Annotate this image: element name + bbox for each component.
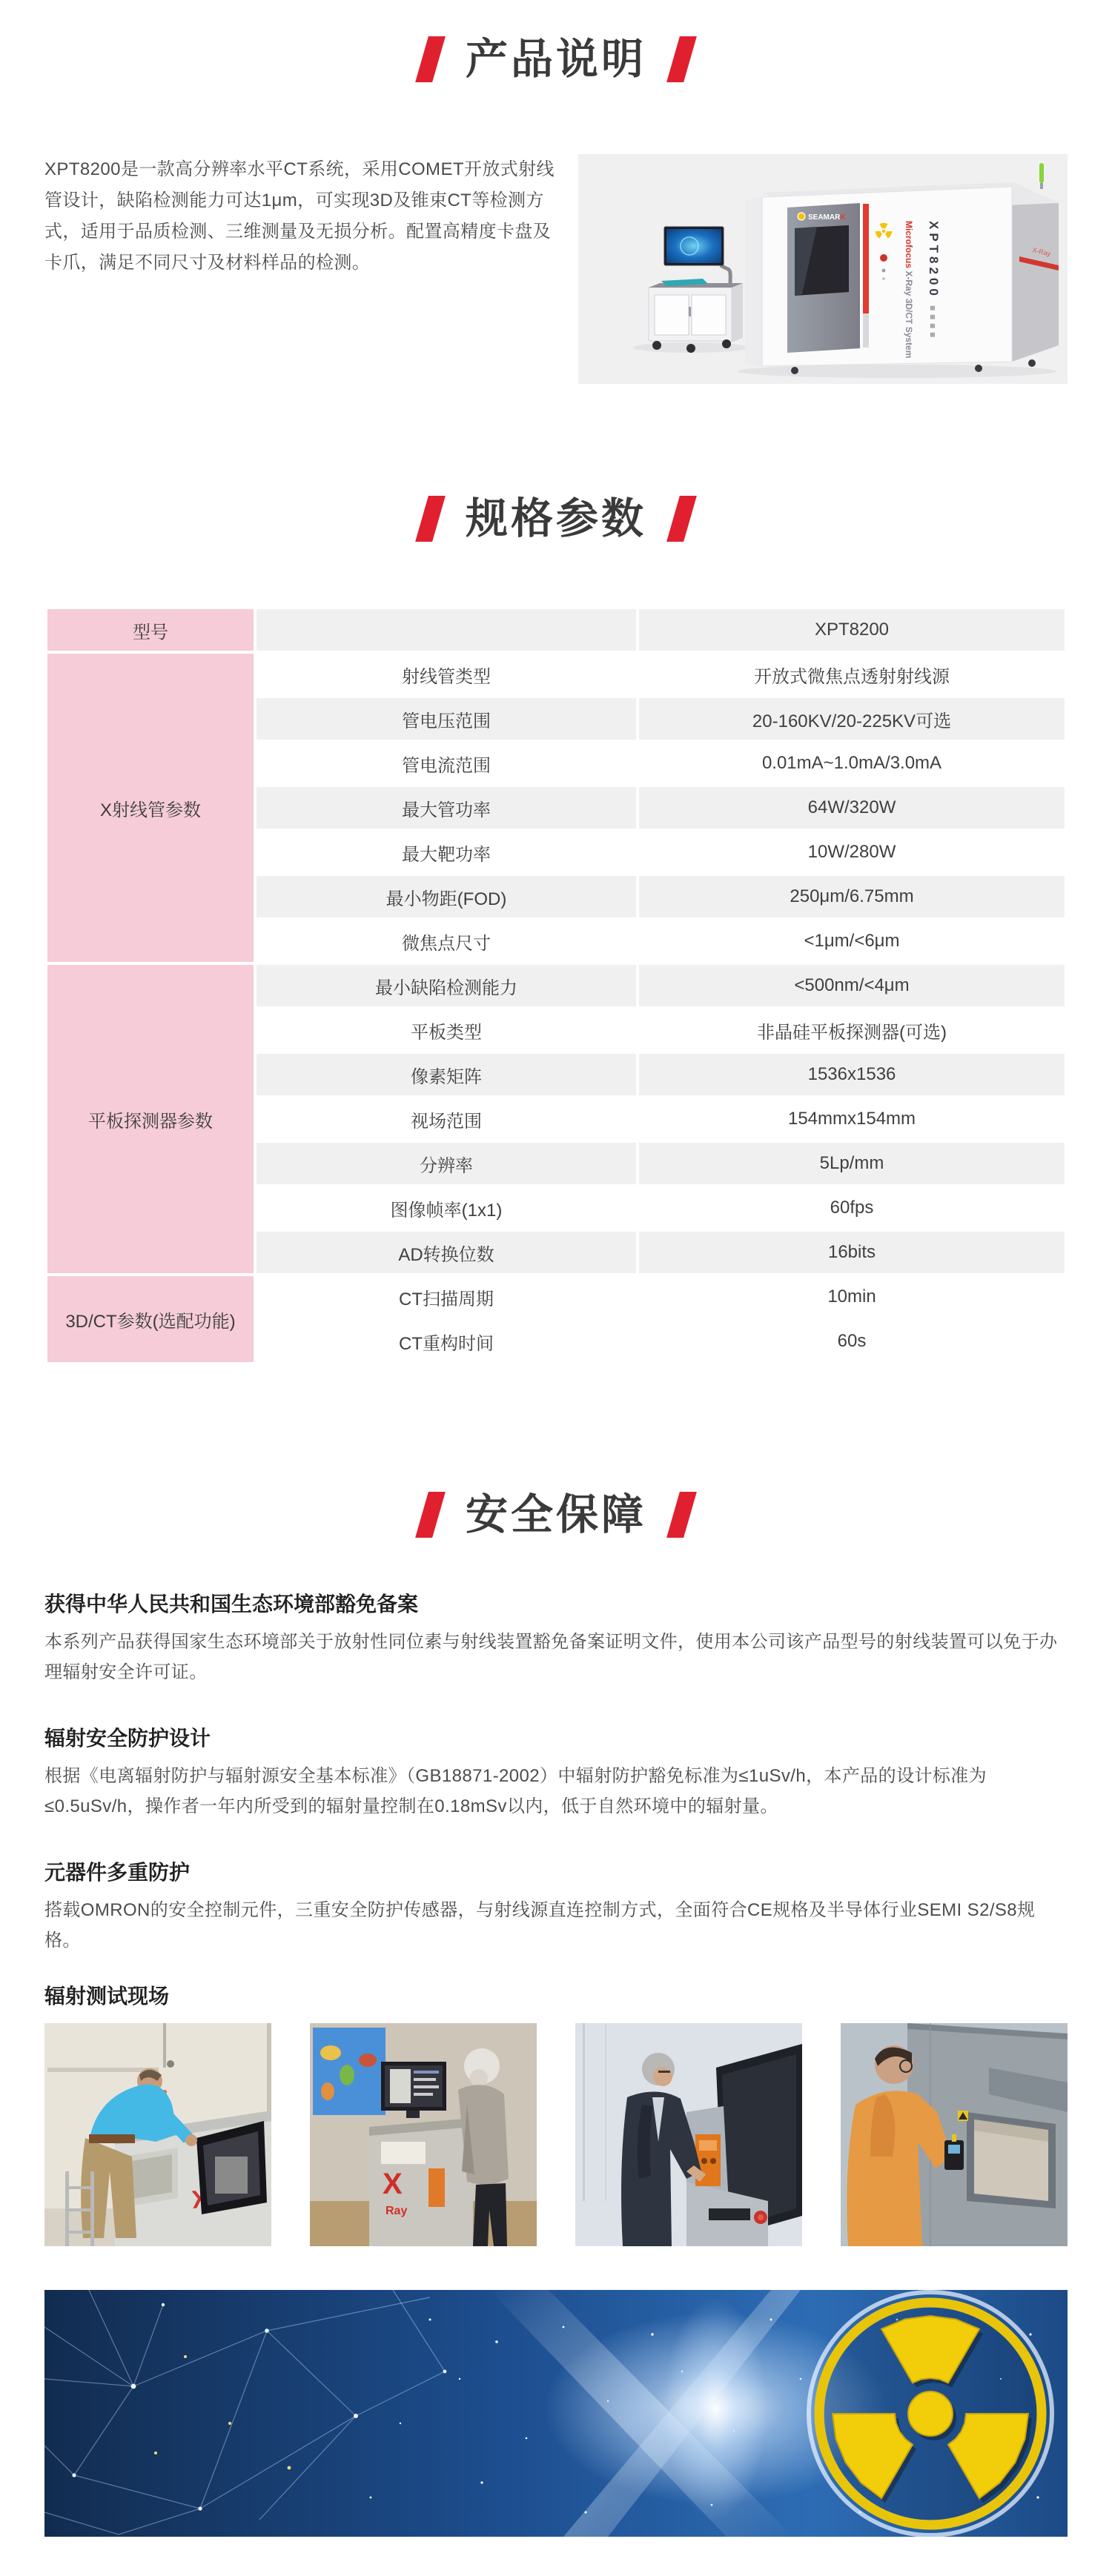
- radiation-test-photo-2: X Ray: [310, 2023, 537, 2246]
- spec-param: AD转换位数: [257, 1232, 636, 1273]
- table-row: 平板探测器参数 最小缺陷检测能力 <500nm/<4μm: [47, 965, 1065, 1006]
- spec-value: 250μm/6.75mm: [639, 876, 1065, 917]
- brand-text: SEAMARK: [808, 213, 846, 222]
- red-slash-icon: [666, 496, 697, 542]
- spec-param: 像素矩阵: [257, 1054, 636, 1095]
- signal-lamp: [1039, 163, 1044, 183]
- section-title-specifications: 规格参数: [0, 495, 1112, 542]
- spec-param: 管电流范围: [257, 743, 636, 784]
- red-stripe: [863, 204, 869, 313]
- section-title-safety: 安全保障: [0, 1491, 1112, 1538]
- spec-value: 64W/320W: [639, 787, 1065, 829]
- radiation-test-photo-4: [841, 2023, 1068, 2246]
- section-product-description: 产品说明 XPT8200是一款高分辨率水平CT系统，采用COMET开放式射线管设…: [0, 36, 1112, 384]
- red-slash-icon: [666, 1492, 697, 1538]
- spec-param: 最小物距(FOD): [257, 876, 636, 917]
- spec-param: 分辨率: [257, 1143, 636, 1184]
- spec-value: <500nm/<4μm: [639, 965, 1065, 1006]
- spec-param: 视场范围: [257, 1098, 636, 1140]
- safety-title: 安全保障: [466, 1494, 646, 1536]
- red-slash-icon: [415, 1492, 446, 1538]
- spec-param: 图像帧率(1x1): [257, 1187, 636, 1229]
- spec-param-empty: [257, 609, 636, 651]
- spec-value: 154mmx154mm: [639, 1098, 1065, 1140]
- safety-block-heading-protection-design: 辐射安全防护设计: [44, 1726, 1068, 1750]
- spec-value: 10W/280W: [639, 831, 1065, 873]
- brand-logo-icon: [798, 213, 805, 220]
- product-intro-text: XPT8200是一款高分辨率水平CT系统，采用COMET开放式射线管设计，缺陷检…: [44, 154, 568, 384]
- red-slash-icon: [415, 496, 446, 542]
- spec-category-ct: 3D/CT参数(选配功能): [47, 1276, 254, 1362]
- spec-value: 1536x1536: [639, 1054, 1065, 1095]
- spec-value: 0.01mA~1.0mA/3.0mA: [639, 743, 1065, 784]
- spec-category-model: 型号: [47, 609, 254, 651]
- spec-value: 60s: [639, 1321, 1065, 1362]
- spec-value: 非晶硅平板探测器(可选): [639, 1009, 1065, 1051]
- spec-value: 60fps: [639, 1187, 1065, 1229]
- red-slash-icon: [415, 36, 446, 82]
- spec-value: <1μm/<6μm: [639, 920, 1065, 962]
- radiation-banner-image: [44, 2290, 1068, 2537]
- spec-param: CT重构时间: [257, 1321, 636, 1362]
- red-slash-icon: [666, 36, 697, 82]
- radiation-test-heading: 辐射测试现场: [44, 1984, 1068, 2008]
- spec-model-value: XPT8200: [639, 609, 1065, 651]
- radiation-test-photo-1: X: [44, 2023, 271, 2246]
- spec-param: 射线管类型: [257, 654, 636, 695]
- section-title-product-description: 产品说明: [0, 36, 1112, 83]
- radiation-test-photo-3: [575, 2023, 802, 2246]
- specs-title: 规格参数: [466, 498, 646, 540]
- safety-block-heading-components: 元器件多重防护: [44, 1860, 1068, 1885]
- emergency-button: [880, 254, 887, 262]
- spec-value: 16bits: [639, 1232, 1065, 1273]
- spec-table: 型号 XPT8200 X射线管参数 射线管类型 开放式微焦点透射射线源 管电压范…: [44, 606, 1068, 1365]
- spec-category-xray-tube: X射线管参数: [47, 654, 254, 962]
- page-title: 产品说明: [466, 39, 646, 81]
- spec-value: 5Lp/mm: [639, 1143, 1065, 1184]
- product-render-image: SEAMARK Microfocus X-Ray 3D/: [578, 154, 1068, 384]
- spec-param: 平板类型: [257, 1009, 636, 1051]
- spec-param: 最大靶功率: [257, 831, 636, 873]
- safety-block-body-components: 搭载OMRON的安全控制元件，三重安全防护传感器，与射线源直连控制方式，全面符合…: [44, 1895, 1068, 1956]
- radiation-test-photo-row: X: [0, 2023, 1112, 2246]
- spec-category-detector: 平板探测器参数: [47, 965, 254, 1273]
- spec-value: 10min: [639, 1276, 1065, 1318]
- machine-side-panel: [1012, 182, 1059, 362]
- safety-block-body-protection-design: 根据《电离辐射防护与辐射源安全基本标准》（GB18871-2002）中辐射防护豁…: [44, 1761, 1068, 1822]
- spec-param: 最大管功率: [257, 787, 636, 829]
- spec-param: CT扫描周期: [257, 1276, 636, 1318]
- section-safety: 安全保障 获得中华人民共和国生态环境部豁免备案 本系列产品获得国家生态环境部关于…: [0, 1491, 1112, 2537]
- spec-value: 20-160KV/20-225KV可选: [639, 698, 1065, 740]
- machine-tagline: Microfocus X-Ray 3D/CT System: [904, 221, 914, 358]
- spec-param: 最小缺陷检测能力: [257, 965, 636, 1006]
- photo2-x-mark: X: [383, 2168, 403, 2200]
- radiation-trefoil-icon: [809, 2292, 1052, 2535]
- safety-block-body-exemption: 本系列产品获得国家生态环境部关于放射性同位素与射线装置豁免备案证明文件，使用本公…: [44, 1627, 1068, 1687]
- table-row: 3D/CT参数(选配功能) CT扫描周期 10min: [47, 1276, 1065, 1318]
- table-row: 型号 XPT8200: [47, 609, 1065, 651]
- photo2-ray-text: Ray: [385, 2205, 407, 2217]
- safety-block-heading-exemption: 获得中华人民共和国生态环境部豁免备案: [44, 1592, 1068, 1616]
- spec-value: 开放式微焦点透射射线源: [639, 654, 1065, 695]
- product-page: 产品说明 XPT8200是一款高分辨率水平CT系统，采用COMET开放式射线管设…: [0, 0, 1112, 2576]
- section-specifications: 规格参数 型号 XPT8200 X射线管参数 射线管类型 开放式微焦点透射射线源…: [0, 495, 1112, 1365]
- intro-row: XPT8200是一款高分辨率水平CT系统，采用COMET开放式射线管设计，缺陷检…: [0, 154, 1112, 384]
- spec-param: 微焦点尺寸: [257, 920, 636, 962]
- spec-param: 管电压范围: [257, 698, 636, 740]
- xray-machine-illustration: SEAMARK Microfocus X-Ray 3D/: [578, 154, 1068, 384]
- table-row: X射线管参数 射线管类型 开放式微焦点透射射线源: [47, 654, 1065, 695]
